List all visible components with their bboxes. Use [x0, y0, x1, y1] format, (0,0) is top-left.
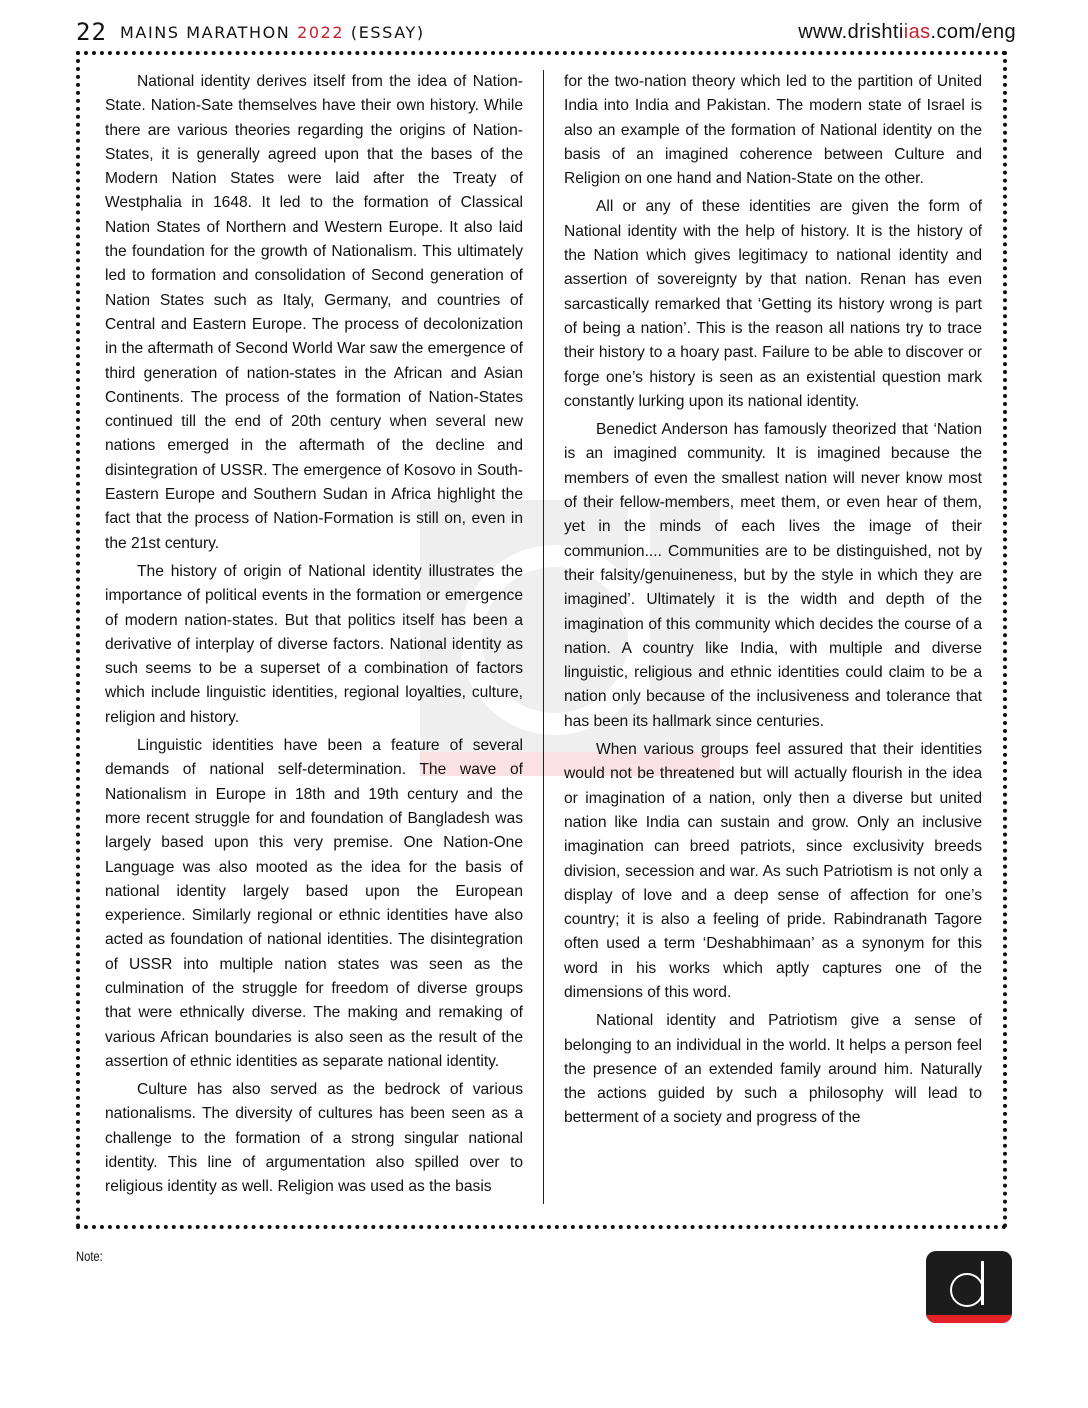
column-divider — [543, 70, 544, 1204]
right-column: for the two-nation theory which led to t… — [564, 70, 982, 1135]
url-prefix: www.drishti — [798, 21, 904, 43]
paragraph: Linguistic identities have been a featur… — [105, 734, 523, 1074]
publication-name: MAINS MARATHON — [120, 23, 290, 42]
note-label: Note: — [76, 1248, 103, 1264]
publication-year: 2022 — [297, 23, 344, 42]
paragraph: All or any of these identities are given… — [564, 195, 982, 414]
paragraph: National identity and Patriotism give a … — [564, 1009, 982, 1130]
paragraph: The history of origin of National identi… — [105, 560, 523, 730]
paragraph-continued: for the two-nation theory which led to t… — [564, 70, 982, 191]
website-link[interactable]: www.drishtiias.com/eng — [798, 20, 1016, 44]
paragraph: When various groups feel assured that th… — [564, 738, 982, 1005]
paragraph: Culture has also served as the bedrock o… — [105, 1078, 523, 1199]
paragraph: Benedict Anderson has famously theorized… — [564, 418, 982, 734]
page-header: 22 MAINS MARATHON 2022 (ESSAY) www.drish… — [76, 14, 1016, 50]
publication-title: MAINS MARATHON 2022 (ESSAY) — [120, 23, 425, 43]
page-number: 22 — [76, 18, 107, 46]
left-column: National identity derives itself from th… — [105, 70, 523, 1204]
url-accent: ias — [904, 21, 931, 43]
paragraph: National identity derives itself from th… — [105, 70, 523, 556]
url-suffix: .com/eng — [931, 21, 1016, 43]
publication-section: (ESSAY) — [351, 23, 425, 42]
drishti-logo-icon — [926, 1251, 1012, 1323]
